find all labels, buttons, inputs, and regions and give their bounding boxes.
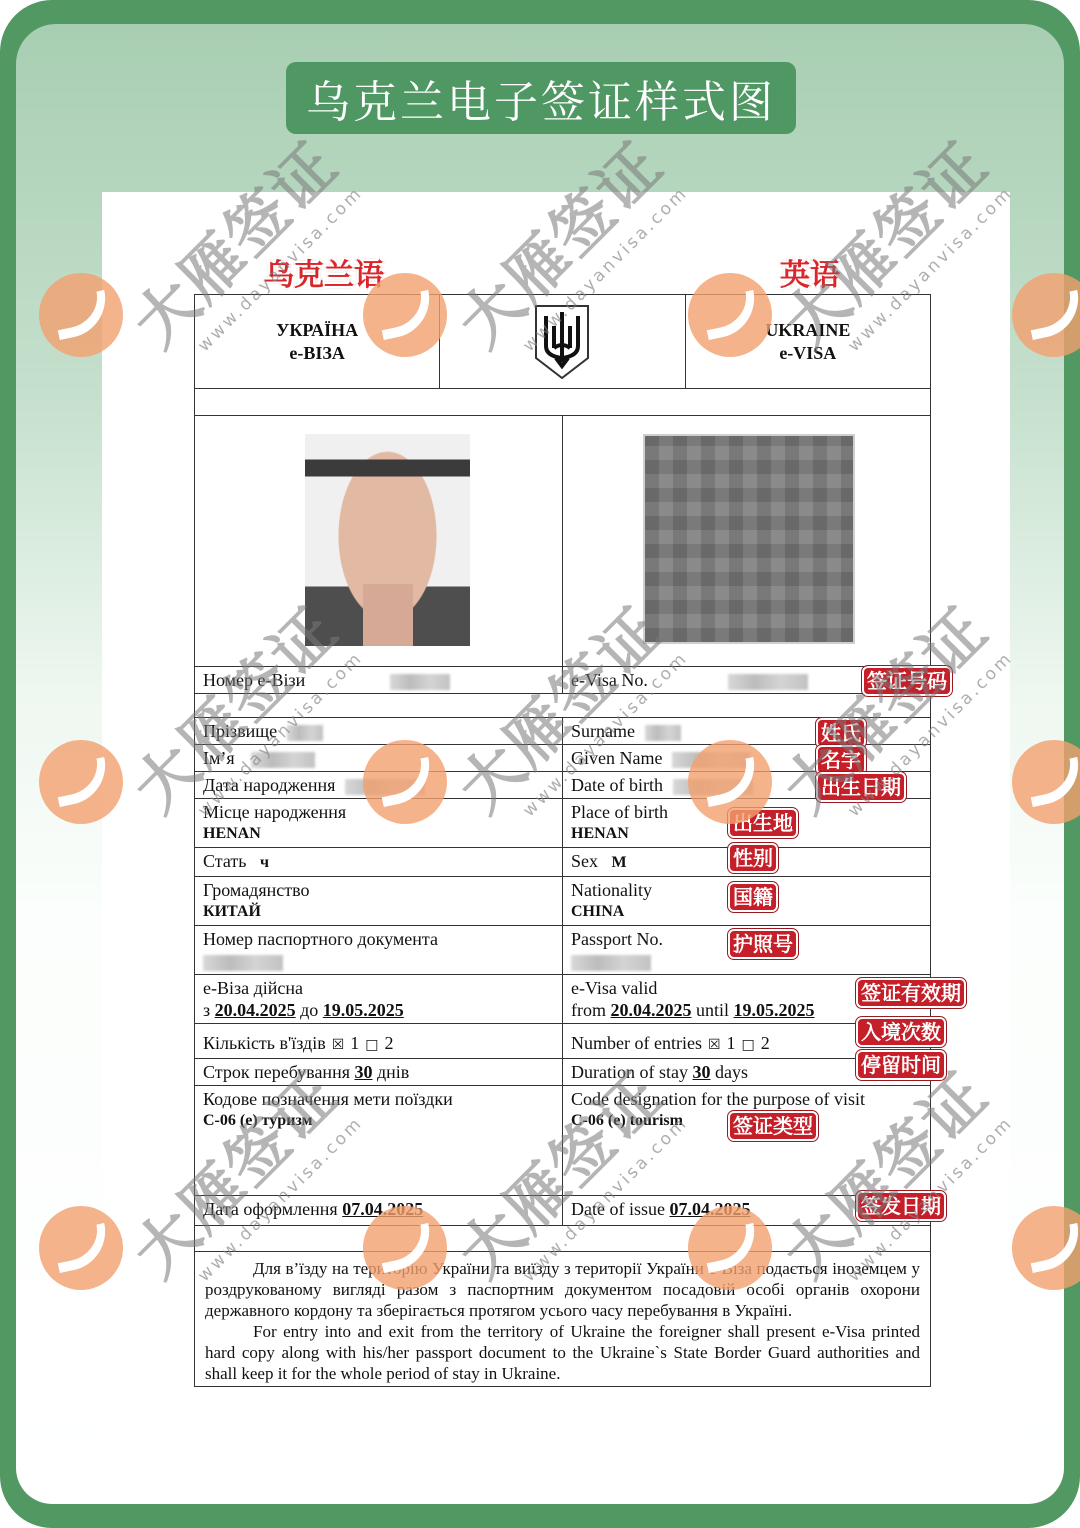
- spacer-row: [195, 1226, 930, 1252]
- tag-entries: 入境次数: [856, 1017, 946, 1047]
- sex-value-en: M: [612, 854, 627, 871]
- page-title: 乌克兰电子签证样式图: [286, 62, 796, 134]
- redacted-value: [203, 955, 283, 971]
- row-entries: Кількість в'їздів☒1□2 Number of entries☒…: [195, 1024, 930, 1059]
- validity-from-word: from: [571, 1000, 606, 1020]
- notice-english: For entry into and exit from the territo…: [205, 1321, 920, 1384]
- sex-label-ua: Стать: [203, 851, 246, 871]
- tag-given-name: 名字: [816, 745, 866, 775]
- passport-label-ua: Номер паспортного документа: [203, 928, 554, 950]
- nationality-label-ua: Громадянство: [203, 879, 554, 901]
- header-ua-doc: e-ВІЗА: [289, 343, 345, 363]
- row-notice: Для в’їзду на територію України та виїзд…: [195, 1252, 930, 1386]
- entries-option-2: 2: [385, 1033, 394, 1053]
- duration-label-en: Duration of stay: [571, 1062, 688, 1082]
- row-duration: Строк перебування 30 днів Duration of st…: [195, 1059, 930, 1086]
- row-visa-no: Номер е-Візи e-Visa No.: [195, 667, 930, 694]
- trident-emblem-icon: [532, 302, 592, 382]
- valid-to-date: 19.05.2025: [734, 1000, 815, 1020]
- valid-from-date: 20.04.2025: [215, 1000, 296, 1020]
- tag-nationality: 国籍: [728, 882, 778, 912]
- sex-value-ua: ч: [260, 854, 269, 871]
- redacted-value: [728, 674, 808, 690]
- dob-label-en: Date of birth: [571, 775, 663, 795]
- redacted-value: [287, 725, 323, 741]
- tag-issue: 签发日期: [856, 1191, 946, 1221]
- purpose-value-ua: С-06 (е) туризм: [203, 1110, 554, 1132]
- redacted-value: [645, 725, 681, 741]
- validity-label-ua: е-Віза дійсна: [203, 977, 554, 999]
- purpose-label-en: Code designation for the purpose of visi…: [571, 1088, 922, 1110]
- redacted-value: [672, 752, 750, 768]
- row-passport: Номер паспортного документа Passport No.: [195, 926, 930, 975]
- pob-label-ua: Місце народження: [203, 801, 554, 823]
- duration-value: 30: [354, 1062, 372, 1082]
- redacted-value: [673, 779, 753, 795]
- tag-purpose: 签证类型: [728, 1111, 818, 1141]
- issue-date: 07.04.2025: [342, 1199, 423, 1219]
- checkbox-unchecked-icon: □: [365, 1037, 378, 1053]
- spacer-row: [195, 389, 930, 416]
- spacer-row: [195, 694, 930, 718]
- redacted-value: [251, 752, 315, 768]
- surname-label-en: Surname: [571, 721, 635, 741]
- checkbox-unchecked-icon: □: [742, 1037, 755, 1053]
- nationality-value-ua: КИТАЙ: [203, 901, 554, 923]
- label-ukrainian: 乌克兰语: [264, 250, 384, 294]
- validity-from-word: з: [203, 1000, 210, 1020]
- duration-unit-ua: днів: [377, 1062, 409, 1082]
- header-en: UKRAINEe-VISA: [685, 295, 930, 388]
- sex-label-en: Sex: [571, 851, 598, 871]
- entries-option-2: 2: [761, 1033, 770, 1053]
- duration-value: 30: [692, 1062, 710, 1082]
- checkbox-checked-icon: ☒: [332, 1037, 345, 1053]
- tag-sex: 性别: [728, 843, 778, 873]
- tag-pob: 出生地: [728, 808, 798, 838]
- holder-photo: [305, 434, 470, 646]
- qr-code: [643, 434, 855, 644]
- tag-surname: 姓氏: [816, 718, 866, 748]
- duration-unit-en: days: [715, 1062, 748, 1082]
- visa-no-label-en: e-Visa No.: [571, 670, 648, 690]
- tag-dob: 出生日期: [816, 772, 906, 802]
- pob-value-ua: HENAN: [203, 823, 554, 845]
- header-emblem: [439, 295, 684, 388]
- row-pob: Місце народженняHENAN Place of birthHENA…: [195, 799, 930, 848]
- entries-label-ua: Кількість в'їздів: [203, 1033, 326, 1053]
- evisa-document: УКРАЇНАe-ВІЗА UKRAINEe-VISA Номер е-Візи…: [194, 294, 931, 1387]
- row-issue: Дата оформлення 07.04.2025 Date of issue…: [195, 1196, 930, 1226]
- row-purpose: Кодове позначення мети поїздкиС-06 (е) т…: [195, 1086, 930, 1196]
- checkbox-checked-icon: ☒: [708, 1037, 721, 1053]
- redacted-value: [390, 674, 450, 690]
- issue-date: 07.04.2025: [669, 1199, 750, 1219]
- validity-to-word: until: [696, 1000, 729, 1020]
- header-en-country: UKRAINE: [765, 320, 850, 340]
- tag-visa-no: 签证号码: [862, 666, 952, 696]
- visa-no-label-ua: Номер е-Візи: [203, 670, 305, 690]
- purpose-label-ua: Кодове позначення мети поїздки: [203, 1088, 554, 1110]
- label-english: 英语: [780, 250, 840, 294]
- tag-validity: 签证有效期: [856, 978, 966, 1008]
- doc-header: УКРАЇНАe-ВІЗА UKRAINEe-VISA: [195, 295, 930, 389]
- surname-label-ua: Прізвище: [203, 721, 277, 741]
- issue-label-ua: Дата оформлення: [203, 1199, 338, 1219]
- entries-option-1: 1: [350, 1033, 359, 1053]
- given-name-label-ua: Ім’я: [203, 748, 235, 768]
- validity-to-word: до: [300, 1000, 318, 1020]
- row-validity: е-Віза дійсназ 20.04.2025 до 19.05.2025 …: [195, 975, 930, 1024]
- tag-duration: 停留时间: [856, 1050, 946, 1080]
- issue-label-en: Date of issue: [571, 1199, 665, 1219]
- redacted-value: [571, 955, 651, 971]
- valid-to-date: 19.05.2025: [323, 1000, 404, 1020]
- entries-label-en: Number of entries: [571, 1033, 702, 1053]
- notice-ukrainian: Для в’їзду на територію України та виїзд…: [205, 1258, 920, 1321]
- header-ua-country: УКРАЇНА: [276, 320, 358, 340]
- row-sex: Стать ч Sex M: [195, 848, 930, 877]
- header-ua: УКРАЇНАe-ВІЗА: [195, 295, 439, 388]
- entries-option-1: 1: [727, 1033, 736, 1053]
- row-nationality: ГромадянствоКИТАЙ NationalityCHINA: [195, 877, 930, 926]
- header-en-doc: e-VISA: [779, 343, 836, 363]
- dob-label-ua: Дата народження: [203, 775, 335, 795]
- given-name-label-en: Given Name: [571, 748, 662, 768]
- photo-row: [195, 416, 930, 667]
- tag-passport: 护照号: [728, 929, 798, 959]
- duration-label-ua: Строк перебування: [203, 1062, 350, 1082]
- valid-from-date: 20.04.2025: [611, 1000, 692, 1020]
- redacted-value: [345, 779, 425, 795]
